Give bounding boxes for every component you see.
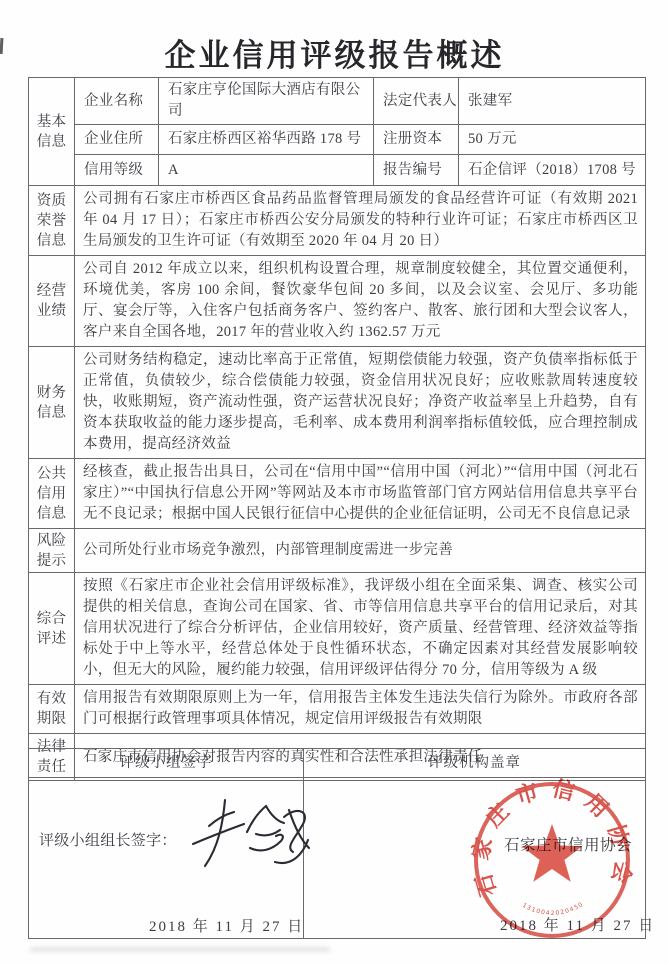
report-page: 企业信用评级报告概述 基本信息 企业名称 石家庄亨伦国际大酒店有限公司 法定代表… xyxy=(0,0,669,964)
rating-team-signature-cell: 评级小组组长签字： 2018 年 11 月 27 日 xyxy=(29,778,304,939)
agency-name-text: 石家庄市信用协会 xyxy=(504,835,632,856)
field-label-report-number: 报告编号 xyxy=(374,155,459,186)
section-label-financial-info: 财务信息 xyxy=(29,347,75,459)
rating-agency-seal-cell: 石家庄市信用协会 1310042020450 石家庄市信用协会 2018 年 1… xyxy=(304,778,646,939)
section-label-validity-period: 有效期限 xyxy=(29,685,75,734)
field-label-registered-capital: 注册资本 xyxy=(374,125,459,155)
section-label-business-performance: 经营业绩 xyxy=(29,256,75,347)
section-label-comprehensive-review: 综合评述 xyxy=(29,573,75,685)
section-text-public-credit-info: 经核查，截止报告出具日，公司在“信用中国”“信用中国（河北）”“信用中国（河北石… xyxy=(75,459,646,529)
field-label-company-name: 企业名称 xyxy=(75,78,159,125)
section-text-qualifications: 公司拥有石家庄市桥西区食品药品监督管理局颁发的食品经营许可证（有效期 2021 … xyxy=(75,186,646,256)
header-rating-team-signature: 评级小组签字 xyxy=(29,749,304,778)
section-text-business-performance: 公司自 2012 年成立以来，组织机构设置合理，规章制度较健全，其位置交通便利，… xyxy=(75,256,646,347)
field-label-credit-grade: 信用等级 xyxy=(75,155,159,186)
field-value-credit-grade: A xyxy=(159,155,374,186)
table-row: 资质荣誉信息 公司拥有石家庄市桥西区食品药品监督管理局颁发的食品经营许可证（有效… xyxy=(29,186,646,256)
seal-code-digits: 1310042020450 xyxy=(521,901,585,917)
seal-date: 2018 年 11 月 27 日 xyxy=(500,916,655,937)
table-row: 公共信用信息 经核查，截止报告出具日，公司在“信用中国”“信用中国（河北）”“信… xyxy=(29,459,646,529)
handwritten-signature xyxy=(181,790,311,890)
signoff-table: 评级小组签字 评级机构盖章 评级小组组长签字： xyxy=(28,748,646,939)
field-value-report-number: 石企信评（2018）1708 号 xyxy=(459,155,646,186)
field-value-company-name: 石家庄亨伦国际大酒店有限公司 xyxy=(159,78,374,125)
field-value-legal-representative: 张建军 xyxy=(459,78,646,125)
section-label-qualifications: 资质荣誉信息 xyxy=(29,186,75,256)
field-value-registered-capital: 50 万元 xyxy=(459,125,646,155)
section-label-public-credit-info: 公共信用信息 xyxy=(29,459,75,529)
scan-artifact xyxy=(30,947,330,952)
svg-text:1310042020450: 1310042020450 xyxy=(521,901,585,917)
section-label-risk-warning: 风险提示 xyxy=(29,529,75,573)
team-leader-signature-label: 评级小组组长签字： xyxy=(39,831,177,852)
table-row: 有效期限 信用报告有效期限原则上为一年，信用报告主体发生违法失信行为除外。市政府… xyxy=(29,685,646,734)
section-label-basic-info: 基本信息 xyxy=(29,78,75,186)
section-text-risk-warning: 公司所处行业市场竞争激烈，内部管理制度需进一步完善 xyxy=(75,529,646,573)
table-row: 综合评述 按照《石家庄市企业社会信用评级标准》，我评级小组在全面采集、调查、核实… xyxy=(29,573,646,685)
page-title: 企业信用评级报告概述 xyxy=(0,30,669,75)
section-text-financial-info: 公司财务结构稳定，速动比率高于正常值，短期偿债能力较强，资产负债率指标低于正常值… xyxy=(75,347,646,459)
table-row: 信用等级 A 报告编号 石企信评（2018）1708 号 xyxy=(29,155,646,186)
section-text-comprehensive-review: 按照《石家庄市企业社会信用评级标准》，我评级小组在全面采集、调查、核实公司提供的… xyxy=(75,573,646,685)
signature-date: 2018 年 11 月 27 日 xyxy=(149,917,304,938)
report-table: 基本信息 企业名称 石家庄亨伦国际大酒店有限公司 法定代表人 张建军 企业住所 … xyxy=(28,77,646,781)
field-label-company-address: 企业住所 xyxy=(75,125,159,155)
field-label-legal-representative: 法定代表人 xyxy=(374,78,459,125)
table-row: 风险提示 公司所处行业市场竞争激烈，内部管理制度需进一步完善 xyxy=(29,529,646,573)
field-value-company-address: 石家庄桥西区裕华西路 178 号 xyxy=(159,125,374,155)
table-row: 基本信息 企业名称 石家庄亨伦国际大酒店有限公司 法定代表人 张建军 xyxy=(29,78,646,125)
table-row: 评级小组组长签字： 2018 年 11 月 27 日 xyxy=(29,778,646,939)
section-text-validity-period: 信用报告有效期限原则上为一年，信用报告主体发生违法失信行为除外。市政府各部门可根… xyxy=(75,685,646,734)
table-row: 经营业绩 公司自 2012 年成立以来，组织机构设置合理，规章制度较健全，其位置… xyxy=(29,256,646,347)
table-row: 企业住所 石家庄桥西区裕华西路 178 号 注册资本 50 万元 xyxy=(29,125,646,155)
table-row: 财务信息 公司财务结构稳定，速动比率高于正常值，短期偿债能力较强，资产负债率指标… xyxy=(29,347,646,459)
